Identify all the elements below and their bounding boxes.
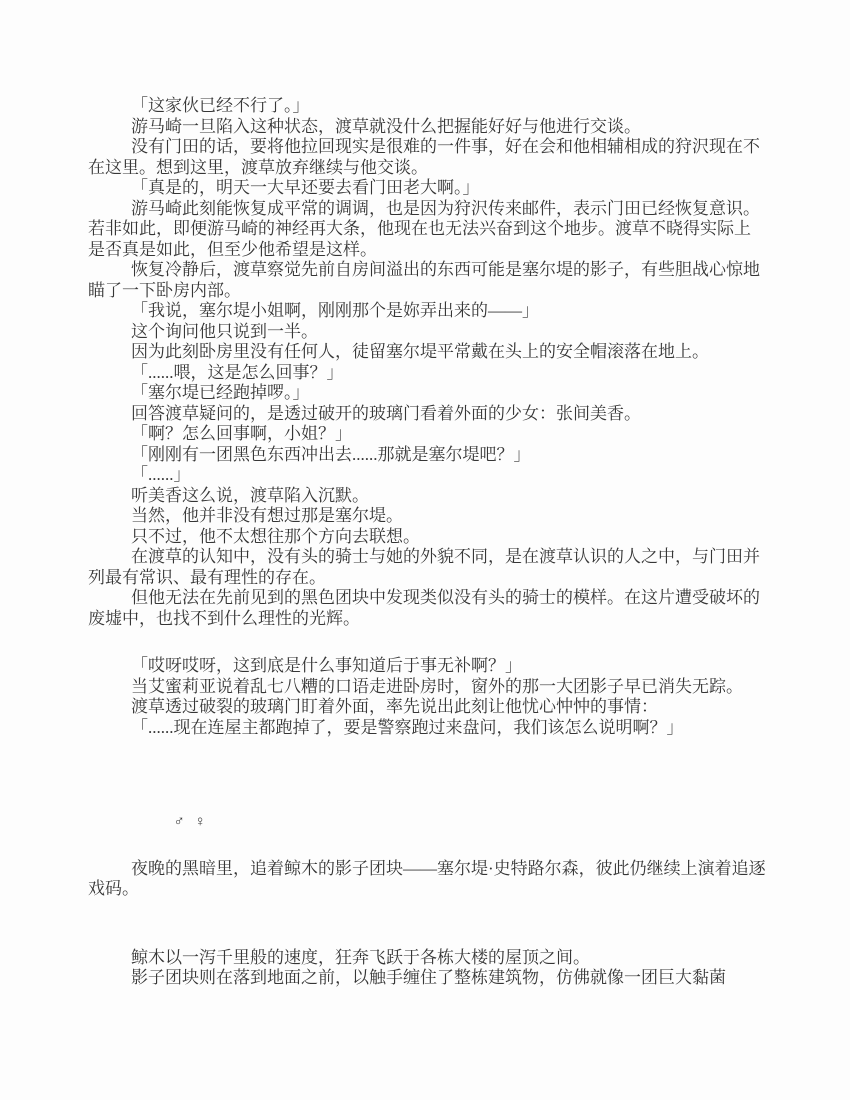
gender-symbols-divider: ♂ ♀ [174, 814, 209, 830]
text-column: 「这家伙已经不行了。」游马崎一旦陷入这种状态，渡草就没什么把握能好好与他进行交谈… [0, 0, 850, 989]
text-line: 瞄了一下卧房内部。 [88, 281, 768, 302]
paragraph-block-2: 「哎呀哎呀，这到底是什么事知道后于事无补啊？」当艾蜜莉亚说着乱七八糟的口语走进卧… [88, 656, 768, 738]
paragraph-block-4: 鲸木以一泻千里般的速度，狂奔飞跃于各栋大楼的屋顶之间。影子团块则在落到地面之前，… [88, 948, 768, 989]
paragraph-block-3: 夜晚的黑暗里，追着鲸木的影子团块——塞尔堤·史特路尔森，彼此仍继续上演着追逐戏码… [88, 859, 768, 900]
text-line: 游马崎此刻能恢复成平常的调调，也是因为狩沢传来邮件，表示门田已经恢复意识。 [88, 199, 768, 220]
text-line: 在渡草的认知中，没有头的骑士与她的外貌不同，是在渡草认识的人之中，与门田并 [88, 547, 768, 568]
text-line: 这个询问他只说到一半。 [88, 322, 768, 343]
text-line: 是否真是如此，但至少他希望是这样。 [88, 240, 768, 261]
text-line: 「刚刚有一团黑色东西冲出去......那就是塞尔堤吧？」 [88, 445, 768, 466]
text-line: 只不过，他不太想往那个方向去联想。 [88, 527, 768, 548]
text-line: 听美香这么说，渡草陷入沉默。 [88, 486, 768, 507]
text-line: 影子团块则在落到地面之前，以触手缠住了整栋建筑物，仿佛就像一团巨大黏菌 [88, 968, 768, 989]
text-line: 夜晚的黑暗里，追着鲸木的影子团块——塞尔堤·史特路尔森，彼此仍继续上演着追逐 [88, 859, 768, 880]
text-line: 游马崎一旦陷入这种状态，渡草就没什么把握能好好与他进行交谈。 [88, 117, 768, 138]
text-line: 「啊？怎么回事啊，小姐？」 [88, 424, 768, 445]
text-line: 「塞尔堤已经跑掉啰。」 [88, 383, 768, 404]
novel-page: 「这家伙已经不行了。」游马崎一旦陷入这种状态，渡草就没什么把握能好好与他进行交谈… [0, 0, 850, 1100]
text-line: 「这家伙已经不行了。」 [88, 96, 768, 117]
text-line: 列最有常识、最有理性的存在。 [88, 568, 768, 589]
text-line: 当然，他并非没有想过那是塞尔堤。 [88, 506, 768, 527]
text-line: 废墟中，也找不到什么理性的光辉。 [88, 609, 768, 630]
text-line: 恢复冷静后，渡草察觉先前自房间溢出的东西可能是塞尔堤的影子，有些胆战心惊地 [88, 260, 768, 281]
text-line: 戏码。 [88, 879, 768, 900]
text-line: 回答渡草疑问的，是透过破开的玻璃门看着外面的少女：张间美香。 [88, 404, 768, 425]
text-line: 但他无法在先前见到的黑色团块中发现类似没有头的骑士的模样。在这片遭受破坏的 [88, 588, 768, 609]
scene-1-text: 「这家伙已经不行了。」游马崎一旦陷入这种状态，渡草就没什么把握能好好与他进行交谈… [88, 96, 768, 738]
text-line: 「......喂，这是怎么回事？」 [88, 363, 768, 384]
text-line: 「......」 [88, 465, 768, 486]
scene-2-text: 夜晚的黑暗里，追着鲸木的影子团块——塞尔堤·史特路尔森，彼此仍继续上演着追逐戏码… [88, 859, 768, 989]
paragraph-block-1: 「这家伙已经不行了。」游马崎一旦陷入这种状态，渡草就没什么把握能好好与他进行交谈… [88, 96, 768, 629]
text-line: 鲸木以一泻千里般的速度，狂奔飞跃于各栋大楼的屋顶之间。 [88, 948, 768, 969]
text-line: 没有门田的话，要将他拉回现实是很难的一件事，好在会和他相辅相成的狩沢现在不 [88, 137, 768, 158]
text-line: 渡草透过破裂的玻璃门盯着外面，率先说出此刻让他忧心忡忡的事情： [88, 697, 768, 718]
text-line: 「......现在连屋主都跑掉了，要是警察跑过来盘问，我们该怎么说明啊？」 [88, 718, 768, 739]
text-line: 当艾蜜莉亚说着乱七八糟的口语走进卧房时，窗外的那一大团影子早已消失无踪。 [88, 677, 768, 698]
text-line: 「哎呀哎呀，这到底是什么事知道后于事无补啊？」 [88, 656, 768, 677]
text-line: 「真是的，明天一大早还要去看门田老大啊。」 [88, 178, 768, 199]
text-line: 「我说，塞尔堤小姐啊，刚刚那个是妳弄出来的——」 [88, 301, 768, 322]
text-line: 因为此刻卧房里没有任何人，徒留塞尔堤平常戴在头上的安全帽滚落在地上。 [88, 342, 768, 363]
scene-divider: ♂ ♀ [88, 791, 768, 812]
text-line: 若非如此，即便游马崎的神经再大条，他现在也无法兴奋到这个地步。渡草不晓得实际上 [88, 219, 768, 240]
text-line: 在这里。想到这里，渡草放弃继续与他交谈。 [88, 158, 768, 179]
